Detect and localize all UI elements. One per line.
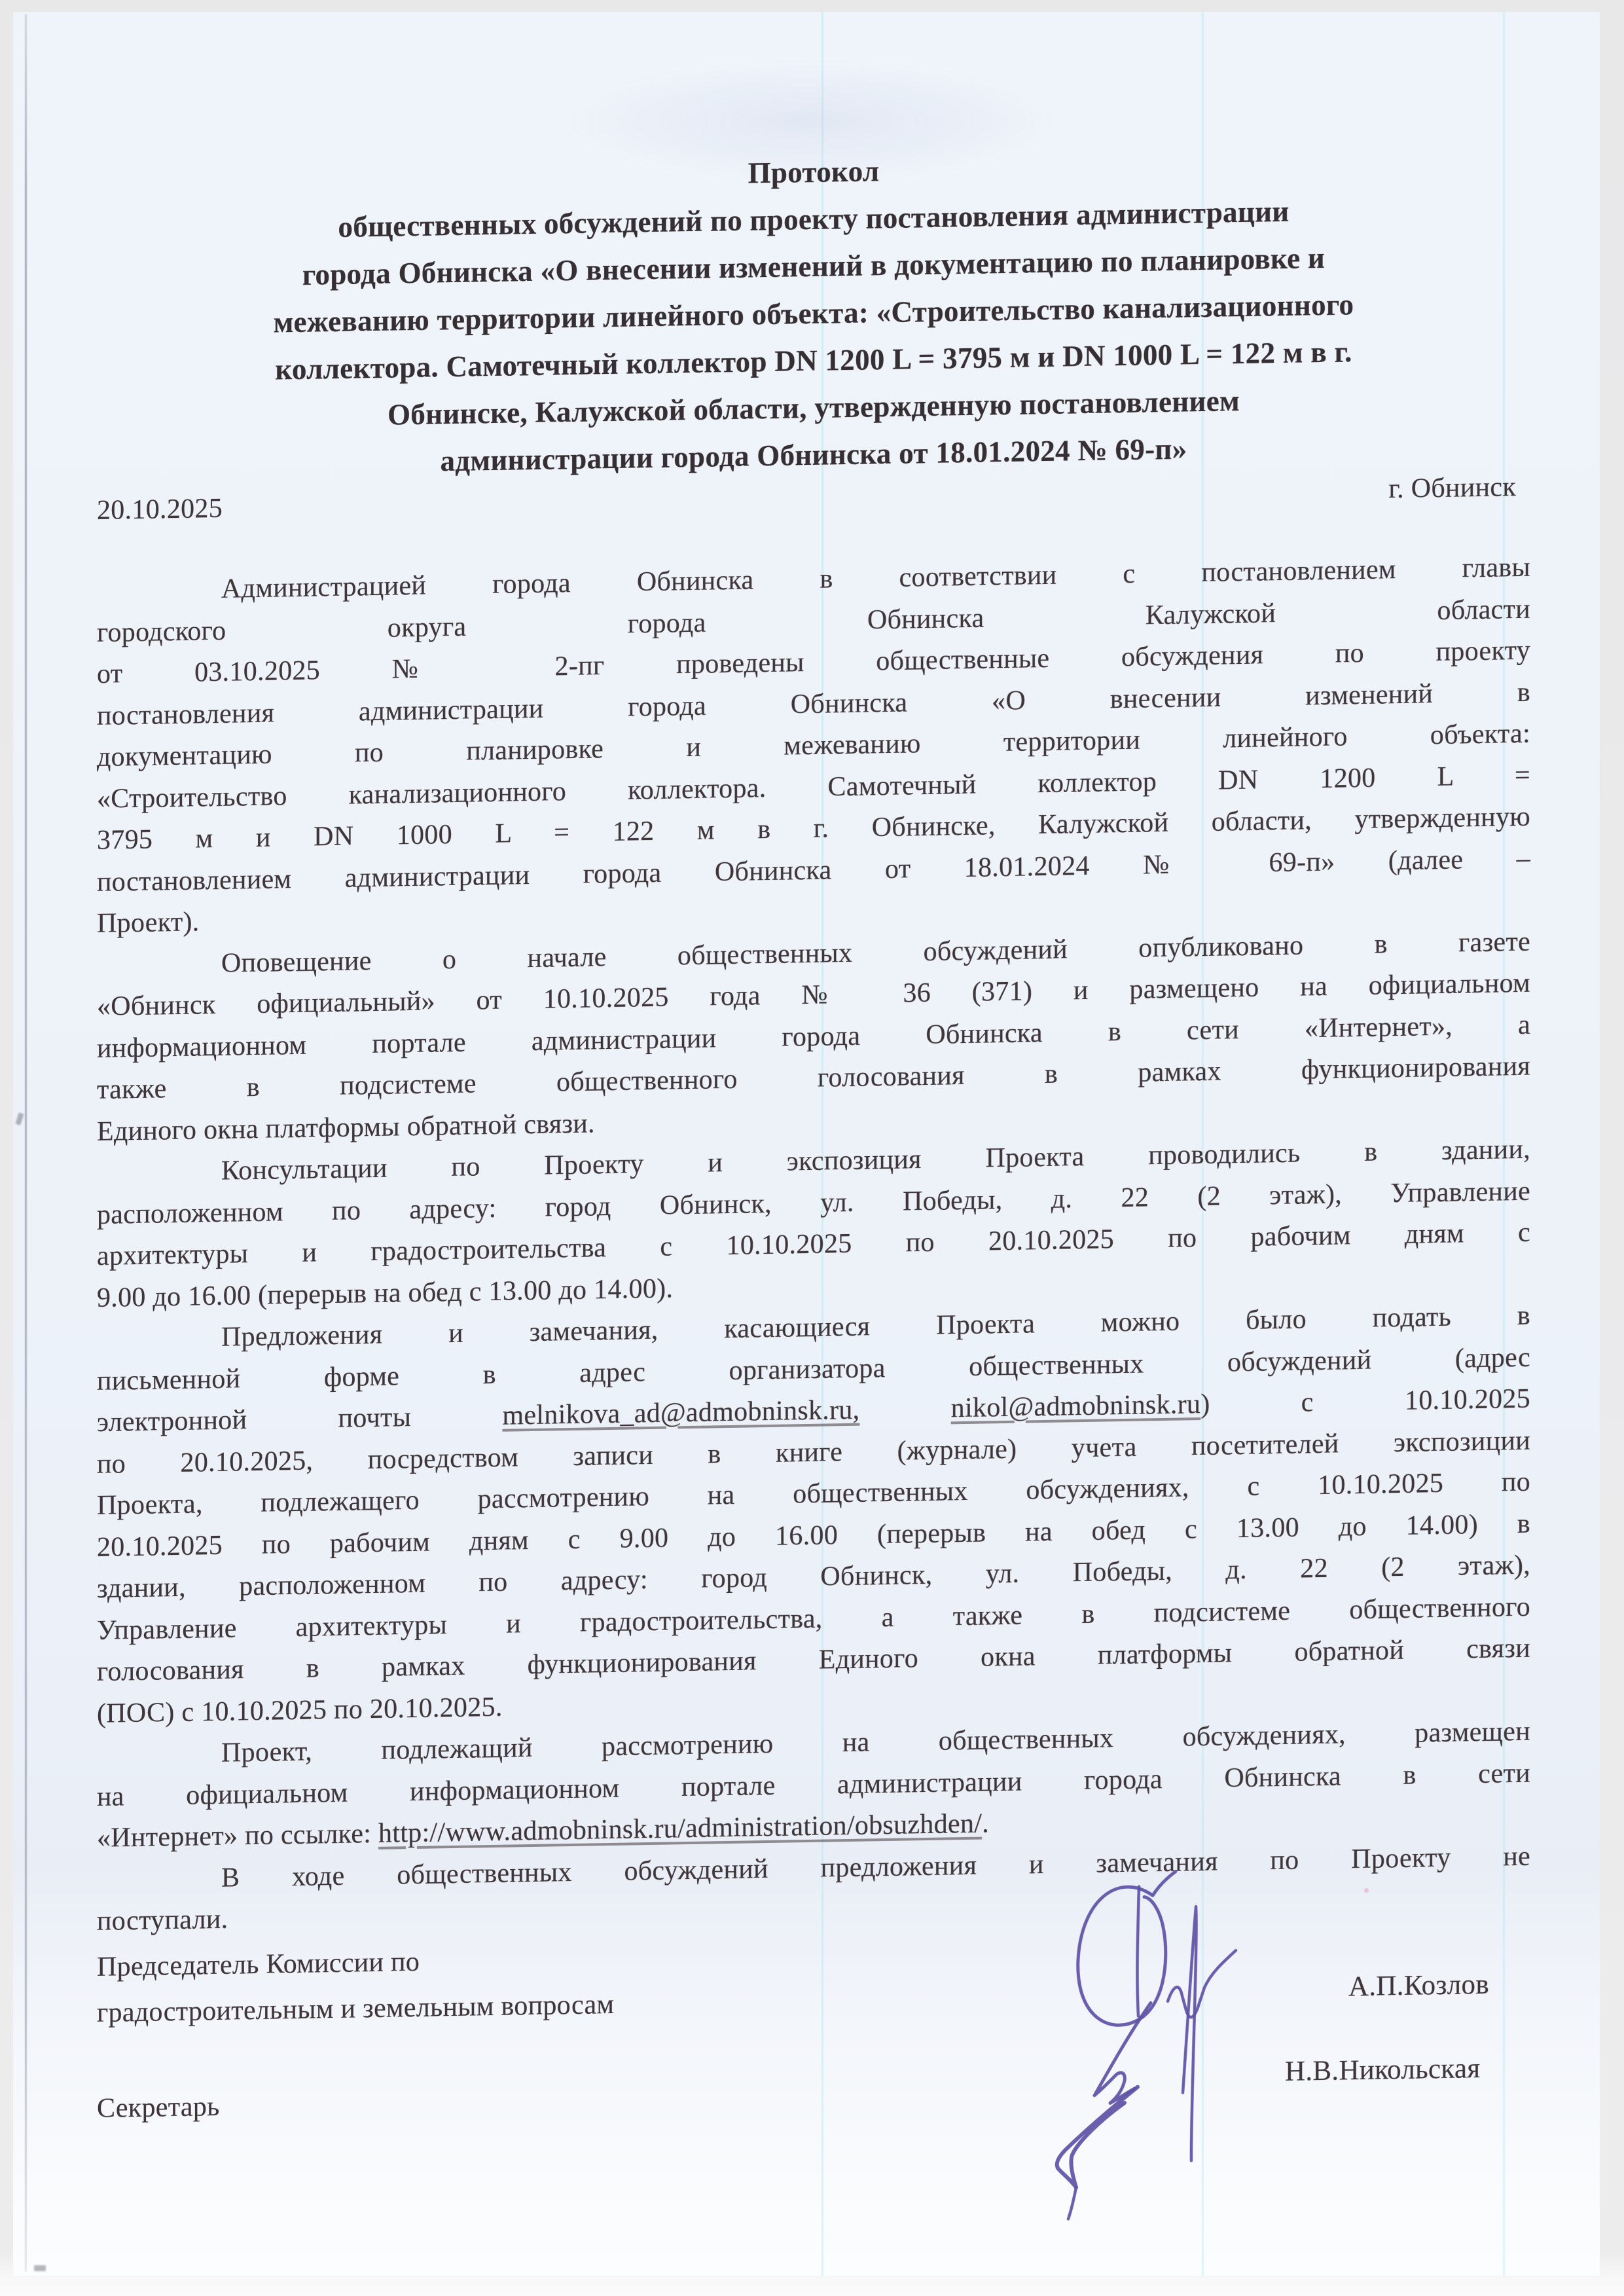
paragraph: Администрацией города Обнинска в соответ… xyxy=(97,547,1530,945)
text-segment xyxy=(859,1393,950,1425)
signature-stroke-nikolskaya-slant xyxy=(1094,2003,1151,2103)
signatory-role-secretary: Секретарь xyxy=(97,2083,220,2131)
paragraph: Проект, подлежащий рассмотрению на общес… xyxy=(97,1711,1530,1860)
scan-edge-shadow xyxy=(25,14,27,2272)
signature-block: Председатель Комиссии поградостроительны… xyxy=(97,1919,1530,2250)
document-date: 20.10.2025 xyxy=(97,488,223,532)
underlined-link-text: http://www.admobninsk.ru/administration/… xyxy=(378,1809,982,1849)
text-segment: «Интернет» по ссылке: xyxy=(97,1819,378,1853)
signatory-role-line: градостроительным и земельным вопросам xyxy=(97,1981,614,2035)
underlined-link-text: nikol@admobninsk.ru xyxy=(951,1389,1201,1423)
document-content: Протоколобщественных обсуждений по проек… xyxy=(97,0,1530,2251)
signature-stroke-kozlov-spike xyxy=(1183,1906,1197,2160)
document-place: г. Обнинск xyxy=(1388,467,1516,510)
text-segment: . xyxy=(982,1808,989,1838)
scanned-document: { "colors": { "ink": "#3e3539", "signatu… xyxy=(0,0,1624,2296)
body-paragraphs: Администрацией города Обнинска в соответ… xyxy=(97,547,1530,1943)
scan-artifact-speck xyxy=(34,2265,46,2271)
paragraph: Консультации по Проекту и экспозиция Про… xyxy=(97,1129,1530,1319)
text-segment: электронной почты xyxy=(97,1401,502,1438)
signatory-name-secretary: Н.В.Никольская xyxy=(1285,2052,1480,2087)
paragraph: Предложения и замечания, касающиеся Прое… xyxy=(97,1296,1530,1735)
signature-stroke-kozlov-zigzag xyxy=(1168,1950,1236,2018)
document-title: Протоколобщественных обсуждений по проек… xyxy=(97,137,1530,490)
signatory-role-line: Секретарь xyxy=(97,2083,220,2131)
text-segment: ) с 10.10.2025 xyxy=(1200,1384,1530,1419)
underlined-link-text: melnikova_ad@admobninsk.ru, xyxy=(502,1395,859,1431)
signatory-role-chairman: Председатель Комиссии поградостроительны… xyxy=(97,1935,614,2035)
paragraph: Оповещение о начале общественных обсужде… xyxy=(97,921,1530,1153)
signatory-name-chairman: А.П.Козлов xyxy=(1348,1968,1489,2003)
signature-stroke-nikolskaya-wedge xyxy=(1057,2086,1138,2187)
signature-stroke-nikolskaya-tail xyxy=(1068,2187,1076,2219)
signatory-role-line: Председатель Комиссии по xyxy=(97,1935,614,1990)
